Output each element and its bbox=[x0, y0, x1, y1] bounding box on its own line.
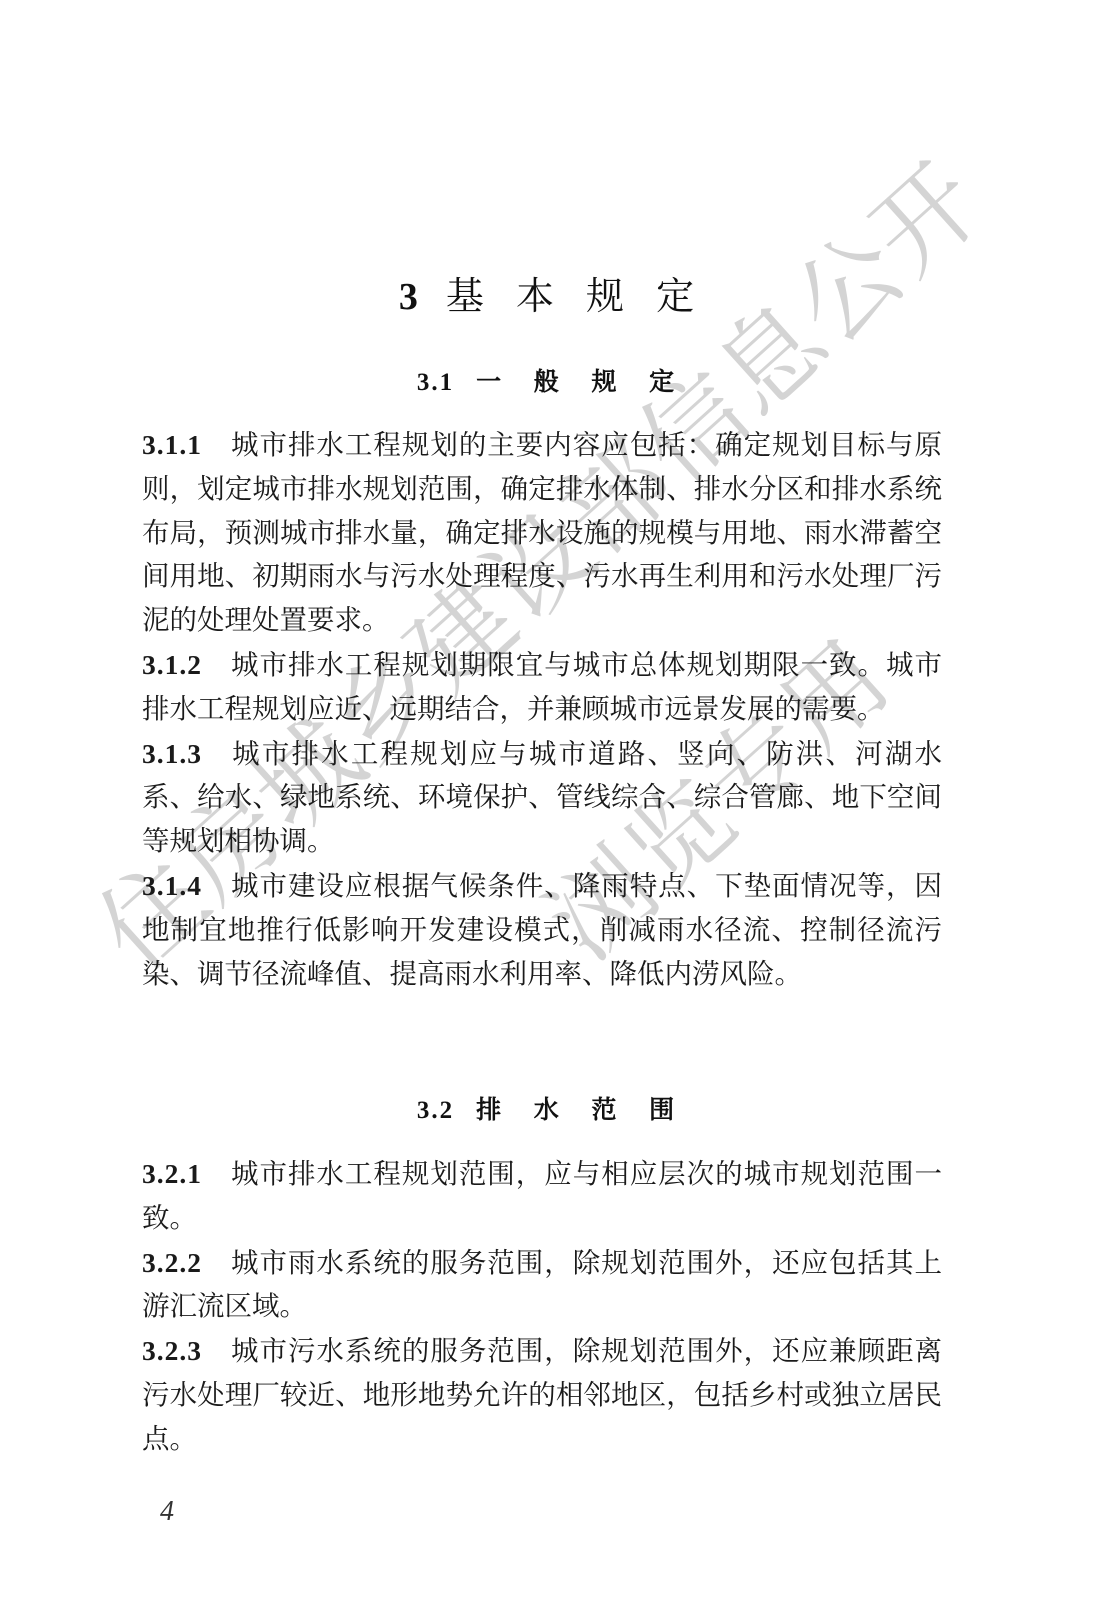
clause-number: 3.1.3 bbox=[142, 738, 202, 769]
clause-text: 城市排水工程规划的主要内容应包括：确定规划目标与原则，划定城市排水规划范围，确定… bbox=[142, 429, 942, 636]
clause-text: 城市排水工程规划范围，应与相应层次的城市规划范围一致。 bbox=[142, 1158, 942, 1234]
chapter-heading: 3基 本 规 定 bbox=[0, 272, 1103, 321]
clause-3-1-1: 3.1.1城市排水工程规划的主要内容应包括：确定规划目标与原则，划定城市排水规划… bbox=[142, 423, 942, 643]
clause-3-1-3: 3.1.3城市排水工程规划应与城市道路、竖向、防洪、河湖水系、给水、绿地系统、环… bbox=[142, 732, 942, 864]
section-heading-3-1: 3.1一 般 规 定 bbox=[0, 366, 1103, 399]
section-3-2-body: 3.2.1城市排水工程规划范围，应与相应层次的城市规划范围一致。 3.2.2城市… bbox=[142, 1152, 942, 1462]
document-page: 住房城乡建设部信息公开 浏览专用 3基 本 规 定 3.1一 般 规 定 3.1… bbox=[0, 0, 1103, 1598]
clause-number: 3.1.2 bbox=[142, 649, 202, 680]
section-3-1-body: 3.1.1城市排水工程规划的主要内容应包括：确定规划目标与原则，划定城市排水规划… bbox=[142, 423, 942, 996]
clause-3-2-1: 3.2.1城市排水工程规划范围，应与相应层次的城市规划范围一致。 bbox=[142, 1152, 942, 1241]
chapter-number: 3 bbox=[399, 276, 428, 318]
clause-number: 3.2.2 bbox=[142, 1247, 202, 1278]
clause-number: 3.1.1 bbox=[142, 429, 202, 460]
clause-number: 3.2.1 bbox=[142, 1158, 202, 1189]
chapter-title: 基 本 规 定 bbox=[446, 274, 704, 318]
clause-3-1-4: 3.1.4城市建设应根据气候条件、降雨特点、下垫面情况等，因地制宜地推行低影响开… bbox=[142, 864, 942, 996]
clause-number: 3.1.4 bbox=[142, 870, 202, 901]
clause-text: 城市建设应根据气候条件、降雨特点、下垫面情况等，因地制宜地推行低影响开发建设模式… bbox=[142, 870, 942, 990]
section-heading-3-2: 3.2排 水 范 围 bbox=[0, 1094, 1103, 1127]
clause-text: 城市污水系统的服务范围，除规划范围外，还应兼顾距离污水处理厂较近、地形地势允许的… bbox=[142, 1335, 942, 1455]
section-title: 一 般 规 定 bbox=[476, 367, 686, 396]
clause-3-2-2: 3.2.2城市雨水系统的服务范围，除规划范围外，还应包括其上游汇流区域。 bbox=[142, 1241, 942, 1330]
clause-text: 城市排水工程规划期限宜与城市总体规划期限一致。城市排水工程规划应近、远期结合，并… bbox=[142, 649, 942, 725]
clause-number: 3.2.3 bbox=[142, 1335, 202, 1366]
page-number: 4 bbox=[160, 1496, 174, 1528]
clause-text: 城市排水工程规划应与城市道路、竖向、防洪、河湖水系、给水、绿地系统、环境保护、管… bbox=[142, 738, 942, 858]
clause-3-2-3: 3.2.3城市污水系统的服务范围，除规划范围外，还应兼顾距离污水处理厂较近、地形… bbox=[142, 1329, 942, 1461]
clause-3-1-2: 3.1.2城市排水工程规划期限宜与城市总体规划期限一致。城市排水工程规划应近、远… bbox=[142, 643, 942, 732]
section-number: 3.2 bbox=[417, 1097, 454, 1124]
section-title: 排 水 范 围 bbox=[476, 1095, 686, 1124]
section-number: 3.1 bbox=[417, 369, 454, 396]
clause-text: 城市雨水系统的服务范围，除规划范围外，还应包括其上游汇流区域。 bbox=[142, 1247, 942, 1323]
